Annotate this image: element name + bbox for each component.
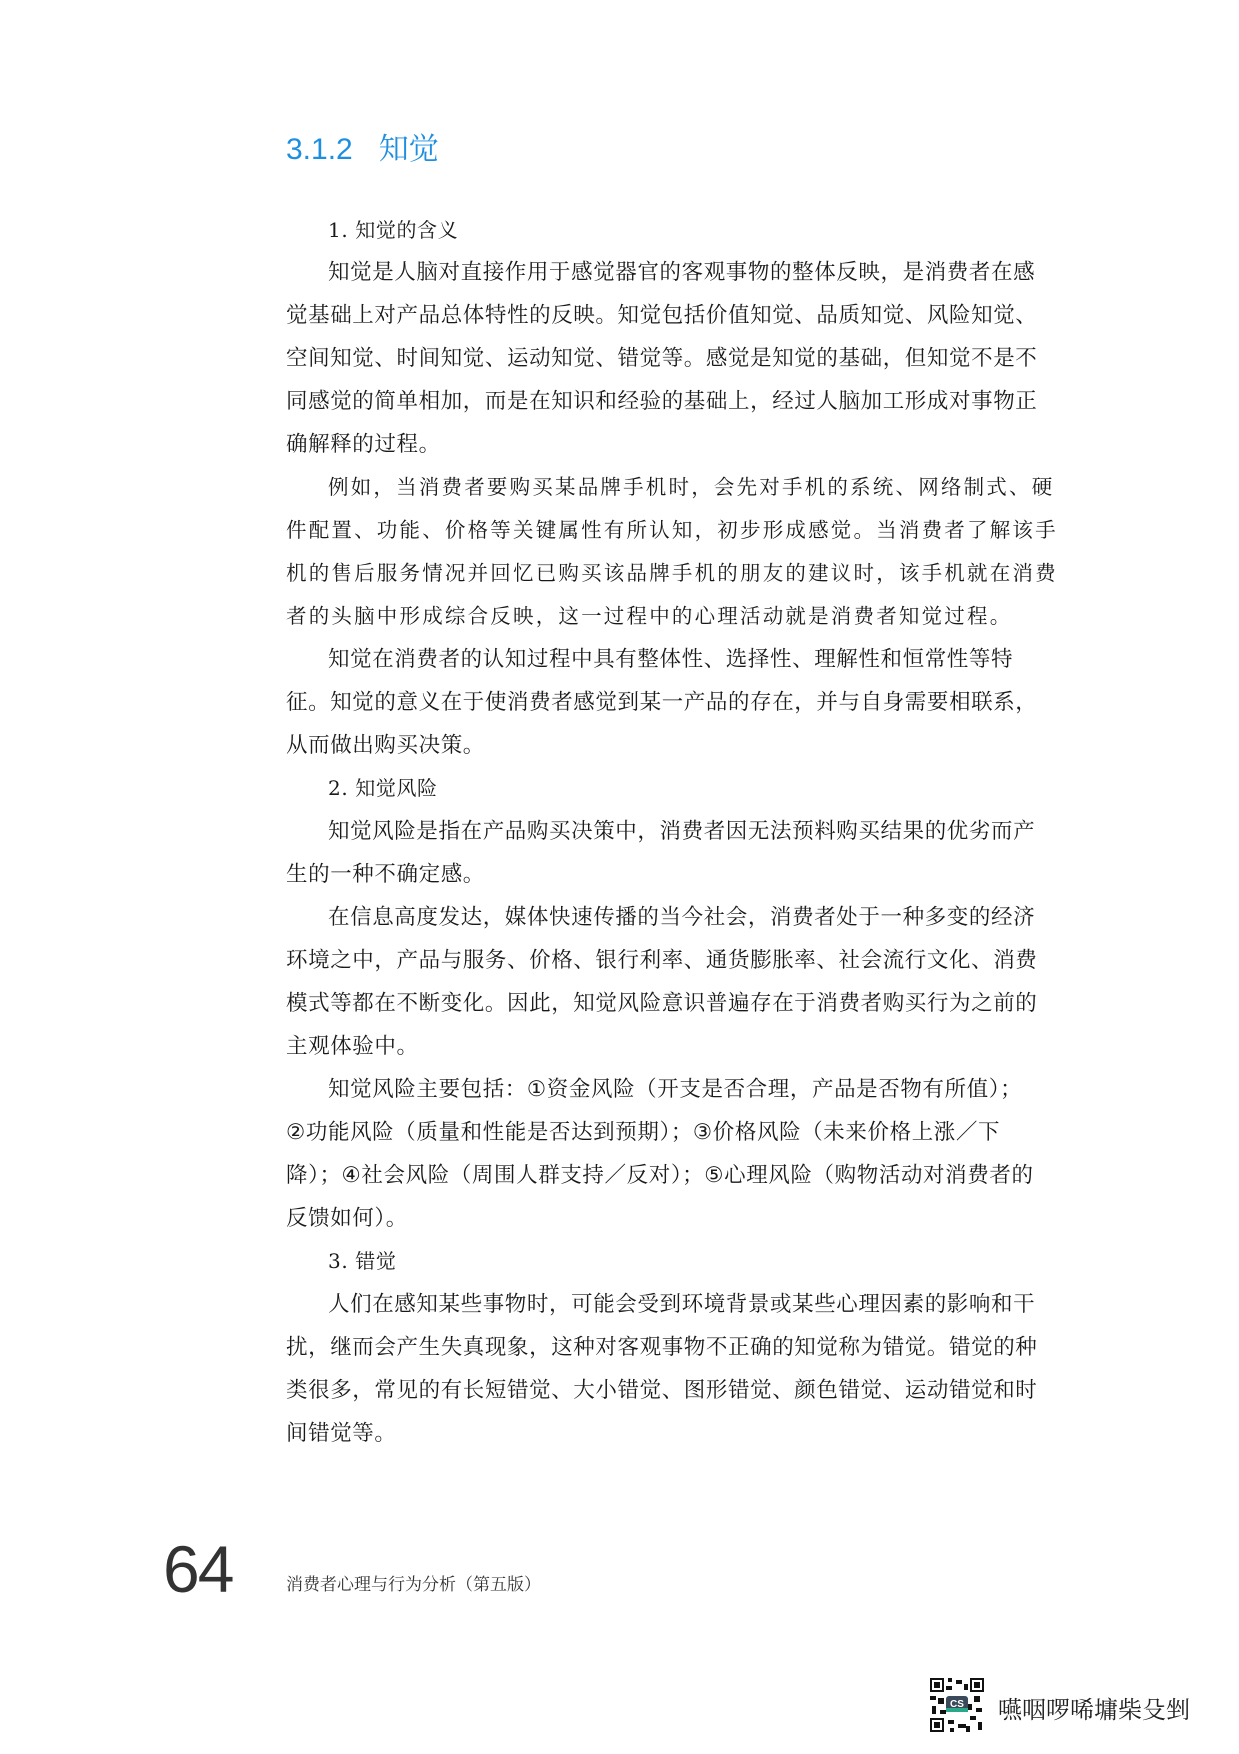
text-line: 类很多，常见的有长短错觉、大小错觉、图形错觉、颜色错觉、运动错觉和时 bbox=[286, 1380, 1037, 1402]
subheading: 3. 错觉 bbox=[328, 1251, 396, 1271]
text-line: 生的一种不确定感。 bbox=[286, 864, 485, 886]
section-title: 知觉 bbox=[379, 132, 439, 167]
text-line: 征。知觉的意义在于使消费者感觉到某一产品的存在，并与自身需要相联系， bbox=[286, 692, 1037, 714]
text-line: 在信息高度发达，媒体快速传播的当今社会，消费者处于一种多变的经济 bbox=[328, 907, 1035, 929]
svg-text:CS: CS bbox=[950, 1699, 964, 1710]
text-line: 环境之中，产品与服务、价格、银行利率、通货膨胀率、社会流行文化、消费 bbox=[286, 950, 1037, 972]
subheading: 2. 知觉风险 bbox=[328, 778, 438, 798]
text-line: 知觉是人脑对直接作用于感觉器官的客观事物的整体反映，是消费者在感 bbox=[328, 262, 1035, 284]
text-line: 空间知觉、时间知觉、运动知觉、错觉等。感觉是知觉的基础，但知觉不是不 bbox=[286, 348, 1037, 370]
scanner-watermark: 嚥咽啰唏墉柴殳剉 bbox=[998, 1690, 1190, 1725]
text-line: 同感觉的简单相加，而是在知识和经验的基础上，经过人脑加工形成对事物正 bbox=[286, 391, 1037, 413]
text-line: 机的售后服务情况并回忆已购买该品牌手机的朋友的建议时，该手机就在消费 bbox=[286, 563, 1058, 584]
text-line: 扰，继而会产生失真现象，这种对客观事物不正确的知觉称为错觉。错觉的种 bbox=[286, 1337, 1037, 1359]
text-line: 知觉风险是指在产品购买决策中，消费者因无法预料购买结果的优劣而产 bbox=[328, 821, 1035, 843]
text-line: 件配置、功能、价格等关键属性有所认知，初步形成感觉。当消费者了解该手 bbox=[286, 520, 1058, 541]
book-title: 消费者心理与行为分析（第五版） bbox=[286, 1570, 541, 1595]
text-line: ②功能风险（质量和性能是否达到预期）；③价格风险（未来价格上涨／下 bbox=[286, 1122, 1000, 1144]
text-line: 降）；④社会风险（周围人群支持／反对）；⑤心理风险（购物活动对消费者的 bbox=[286, 1165, 1034, 1187]
text-line: 知觉在消费者的认知过程中具有整体性、选择性、理解性和恒常性等特 bbox=[328, 649, 1013, 671]
text-line: 确解释的过程。 bbox=[286, 434, 441, 456]
qr-code-icon: CS bbox=[930, 1678, 984, 1732]
text-line: 模式等都在不断变化。因此，知觉风险意识普遍存在于消费者购买行为之前的 bbox=[286, 993, 1037, 1015]
text-line: 反馈如何）。 bbox=[286, 1208, 408, 1230]
text-line: 知觉风险主要包括：①资金风险（开支是否合理，产品是否物有所值）； bbox=[328, 1079, 1022, 1101]
section-number: 3.1.2 bbox=[286, 133, 353, 166]
text-line: 觉基础上对产品总体特性的反映。知觉包括价值知觉、品质知觉、风险知觉、 bbox=[286, 305, 1037, 327]
text-line: 例如，当消费者要购买某品牌手机时，会先对手机的系统、网络制式、硬 bbox=[328, 477, 1054, 498]
text-line: 人们在感知某些事物时，可能会受到环境背景或某些心理因素的影响和干 bbox=[328, 1294, 1035, 1316]
text-line: 间错觉等。 bbox=[286, 1423, 397, 1445]
subheading: 1. 知觉的含义 bbox=[328, 220, 458, 240]
text-line: 从而做出购买决策。 bbox=[286, 735, 485, 757]
page-number: 64 bbox=[163, 1536, 232, 1602]
text-line: 主观体验中。 bbox=[286, 1036, 419, 1058]
text-line: 者的头脑中形成综合反映，这一过程中的心理活动就是消费者知觉过程。 bbox=[286, 606, 1012, 627]
section-heading: 3.1.2知觉 bbox=[286, 124, 439, 168]
